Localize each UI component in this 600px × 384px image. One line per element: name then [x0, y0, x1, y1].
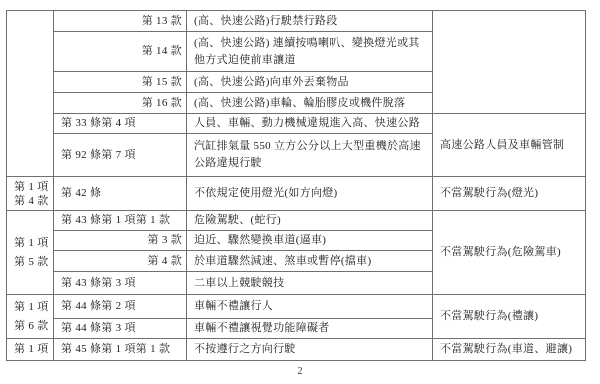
cell-violation-desc: 人員、車輛、動力機械違規進入高、快速公路	[187, 114, 433, 134]
cell-statute-ref: 第 92 條第 7 項	[54, 134, 187, 177]
cell-statute-ref: 第 14 款	[54, 32, 187, 72]
cell-violation-category: 不當駕駛行為(燈光)	[433, 177, 586, 211]
table-row: 第 1 項 第 45 條第 1 項第 1 款 不按遵行之方向行駛 不當駕駛行為(…	[7, 339, 586, 361]
cell-statute-ref: 第 43 條第 3 項	[54, 272, 187, 295]
item-line: 第 1 項	[14, 298, 49, 317]
cell-violation-desc: 車輛不禮讓視覺功能障礙者	[187, 319, 433, 339]
cell-item-clause: 第 1 項 第 5 款	[7, 211, 54, 295]
item-line: 第 1 項	[14, 234, 49, 253]
cell-statute-ref: 第 45 條第 1 項第 1 款	[54, 339, 187, 361]
cell-item-clause: 第 1 項	[7, 339, 54, 361]
subitem-line: 第 6 款	[14, 317, 49, 336]
cell-statute-ref: 第 13 款	[54, 11, 187, 32]
document-page: 第 13 款 (高、快速公路)行駛禁行路段 第 14 款 (高、快速公路) 連續…	[0, 0, 600, 384]
item-line: 第 1 項	[14, 180, 49, 194]
table-row: 第 13 款 (高、快速公路)行駛禁行路段	[7, 11, 586, 32]
cell-violation-desc: 不依規定使用燈光(如方向燈)	[187, 177, 433, 211]
cell-statute-ref: 第 43 條第 1 項第 1 款	[54, 211, 187, 231]
cell-violation-category: 不當駕駛行為(危險駕車)	[433, 211, 586, 295]
item-line: 第 1 項	[14, 340, 49, 359]
cell-item-clause-empty	[7, 11, 54, 177]
subitem-line: 第 4 款	[14, 194, 49, 208]
cell-statute-ref: 第 44 條第 2 項	[54, 295, 187, 319]
subitem-line: 第 5 款	[14, 253, 49, 272]
cell-violation-desc: (高、快速公路) 連續按鳴喇叭、變換燈光或其他方式迫使前車讓道	[187, 32, 433, 72]
page-number: 2	[0, 366, 600, 377]
cell-violation-category-empty	[433, 11, 586, 114]
cell-statute-ref: 第 4 款	[54, 251, 187, 272]
cell-violation-category: 不當駕駛行為(車道、避讓)	[433, 339, 586, 361]
cell-statute-ref: 第 44 條第 3 項	[54, 319, 187, 339]
cell-item-clause: 第 1 項 第 4 款	[7, 177, 54, 211]
cell-violation-category: 高速公路人員及車輛管制	[433, 114, 586, 177]
cell-violation-desc: 危險駕駛、(蛇行)	[187, 211, 433, 231]
table-row: 第 1 項 第 5 款 第 43 條第 1 項第 1 款 危險駕駛、(蛇行) 不…	[7, 211, 586, 231]
cell-violation-category: 不當駕駛行為(禮讓)	[433, 295, 586, 339]
cell-statute-ref: 第 15 款	[54, 72, 187, 93]
cell-violation-desc: (高、快速公路)向車外丟棄物品	[187, 72, 433, 93]
regulation-table: 第 13 款 (高、快速公路)行駛禁行路段 第 14 款 (高、快速公路) 連續…	[6, 10, 586, 361]
table-row: 第 1 項 第 6 款 第 44 條第 2 項 車輛不禮讓行人 不當駕駛行為(禮…	[7, 295, 586, 319]
cell-statute-ref: 第 33 條第 4 項	[54, 114, 187, 134]
cell-violation-desc: 於車道驟然減速、煞車或暫停(擋車)	[187, 251, 433, 272]
cell-violation-desc: (高、快速公路)行駛禁行路段	[187, 11, 433, 32]
cell-violation-desc: 不按遵行之方向行駛	[187, 339, 433, 361]
cell-statute-ref: 第 16 款	[54, 93, 187, 114]
table-row: 第 1 項 第 4 款 第 42 條 不依規定使用燈光(如方向燈) 不當駕駛行為…	[7, 177, 586, 211]
cell-statute-ref: 第 42 條	[54, 177, 187, 211]
cell-item-clause: 第 1 項 第 6 款	[7, 295, 54, 339]
cell-statute-ref: 第 3 款	[54, 231, 187, 251]
cell-violation-desc: 車輛不禮讓行人	[187, 295, 433, 319]
cell-violation-desc: 迫近、驟然變換車道(逼車)	[187, 231, 433, 251]
cell-violation-desc: 二車以上競駛競技	[187, 272, 433, 295]
cell-violation-desc: (高、快速公路)車輪、輪胎膠皮或機件脫落	[187, 93, 433, 114]
table-row: 第 33 條第 4 項 人員、車輛、動力機械違規進入高、快速公路 高速公路人員及…	[7, 114, 586, 134]
cell-violation-desc: 汽缸排氣量 550 立方公分以上大型重機於高速公路違規行駛	[187, 134, 433, 177]
